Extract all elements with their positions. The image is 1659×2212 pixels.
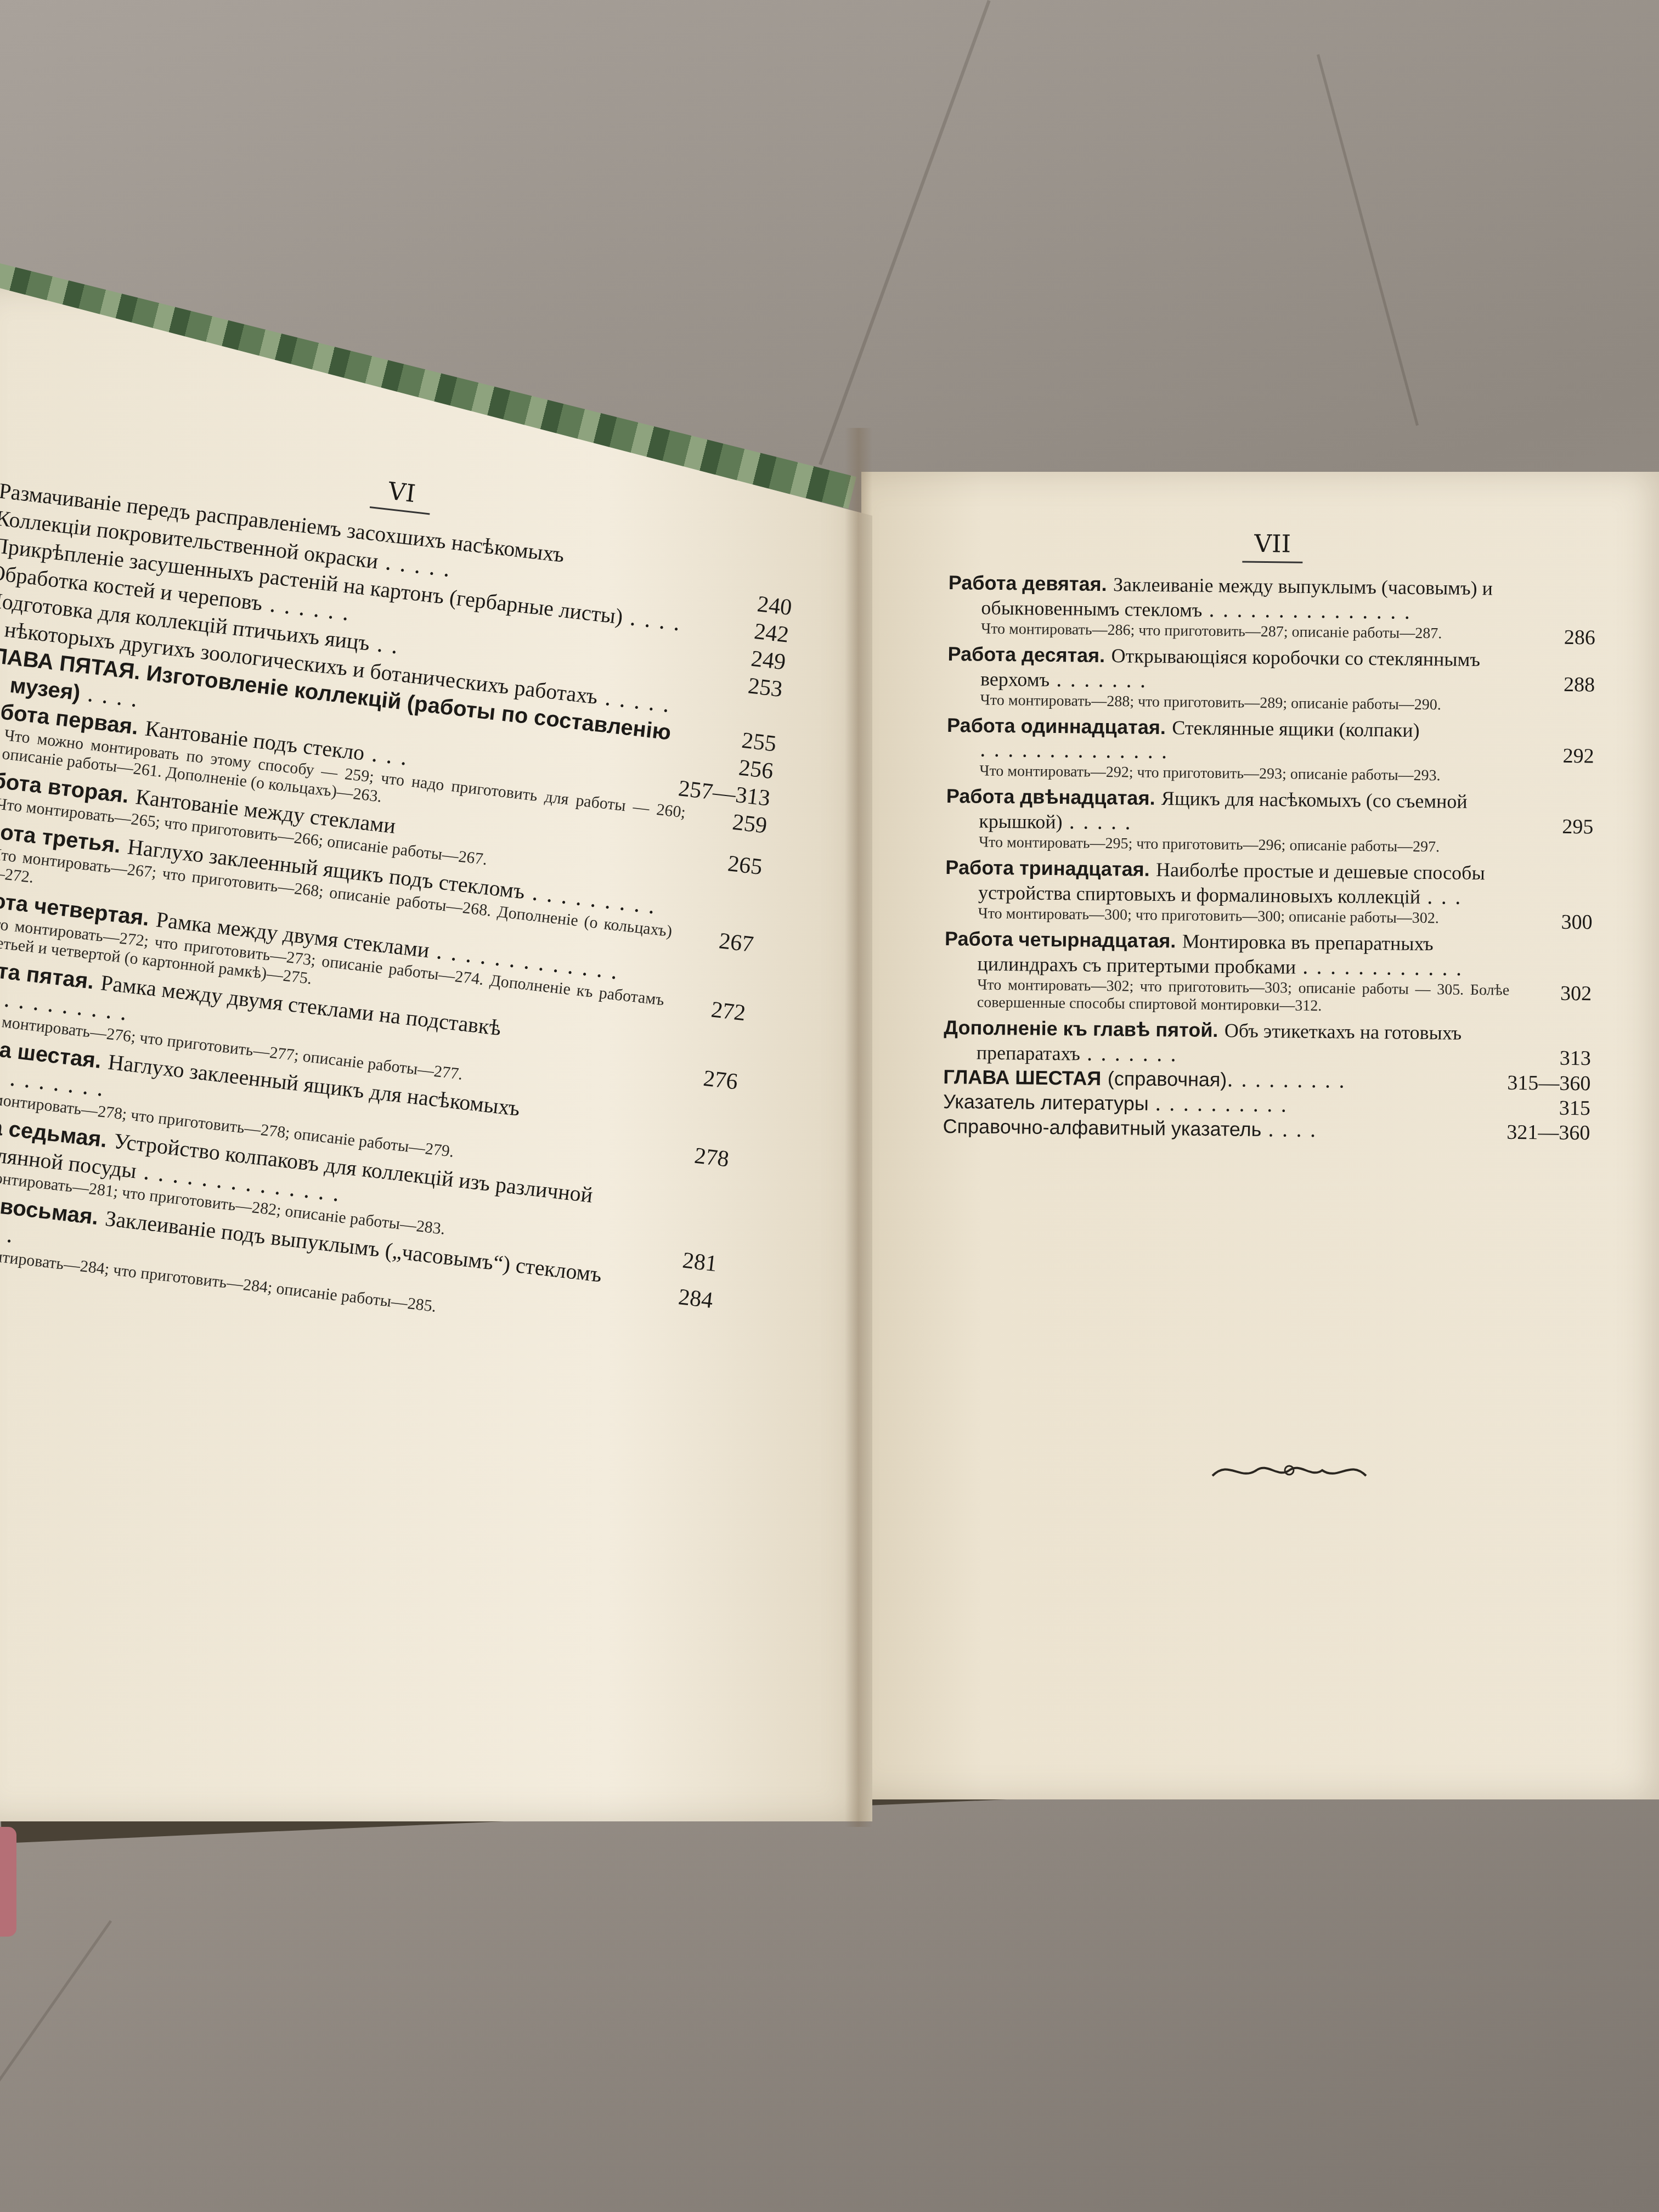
- toc-entry-work-13: 300 Работа тринадцатая. Наиболѣе простые…: [945, 855, 1593, 929]
- toc-entry-work-11: 292 Работа одиннадцатая. Стеклянные ящик…: [946, 713, 1594, 786]
- page-ref: 267: [718, 928, 755, 958]
- page-ref: 295: [1562, 815, 1593, 839]
- page-ref: 292: [1562, 744, 1594, 769]
- page-ref: 300: [1561, 910, 1592, 935]
- marble-vein: [1317, 54, 1419, 426]
- folio-rule: [370, 506, 430, 515]
- toc-entry-work-14: 302 Работа четырнадцатая. Монтировка въ …: [944, 927, 1593, 1018]
- ornament-flourish-icon: [1207, 1454, 1372, 1487]
- page-ref: 256: [737, 754, 775, 785]
- page-ref: 313: [1560, 1046, 1591, 1071]
- toc-entry-work-9: 286 Работа девятая. Заклеиваніе между вы…: [948, 571, 1596, 644]
- left-page-toc: VI Размачиваніе передъ расправленіемъ за…: [0, 433, 802, 1352]
- page-ref: 315—360: [1507, 1071, 1590, 1096]
- page-ref: 265: [726, 850, 764, 881]
- page-ref: 240: [756, 591, 793, 621]
- toc-entry-work-12: 295 Работа двѣнадцатая. Ящикъ для насѣко…: [946, 784, 1594, 857]
- page-ref: 253: [747, 673, 784, 703]
- page-ref: 272: [710, 997, 747, 1027]
- page-ref: 249: [750, 646, 787, 676]
- toc-entry-work-10: 288 Работа десятая. Открывающіяся коробо…: [947, 642, 1595, 715]
- toc-entry-chapter-five-supplement: 313 Дополненіе къ главѣ пятой. Объ этике…: [944, 1015, 1592, 1071]
- page-ref: 286: [1564, 625, 1595, 650]
- book-gutter: [845, 428, 872, 1827]
- folio-rule: [1242, 561, 1302, 563]
- page-ref: 276: [702, 1065, 739, 1096]
- page-ref: 284: [677, 1284, 714, 1314]
- page-ref: 288: [1564, 673, 1595, 697]
- marble-vein: [0, 1920, 112, 2146]
- page-ref: 315: [1559, 1096, 1590, 1121]
- right-page-toc: VII 286 Работа девятая. Заклеиваніе межд…: [943, 527, 1596, 1145]
- page-ref: 321—360: [1506, 1120, 1590, 1145]
- page-number-vii: VII: [949, 527, 1596, 566]
- marble-vein: [819, 0, 990, 465]
- page-ref: 242: [753, 618, 790, 648]
- page-ref: 259: [731, 809, 769, 839]
- finger: [0, 1827, 16, 1937]
- page-ref: 302: [1560, 981, 1592, 1006]
- page-ref: 278: [693, 1143, 730, 1173]
